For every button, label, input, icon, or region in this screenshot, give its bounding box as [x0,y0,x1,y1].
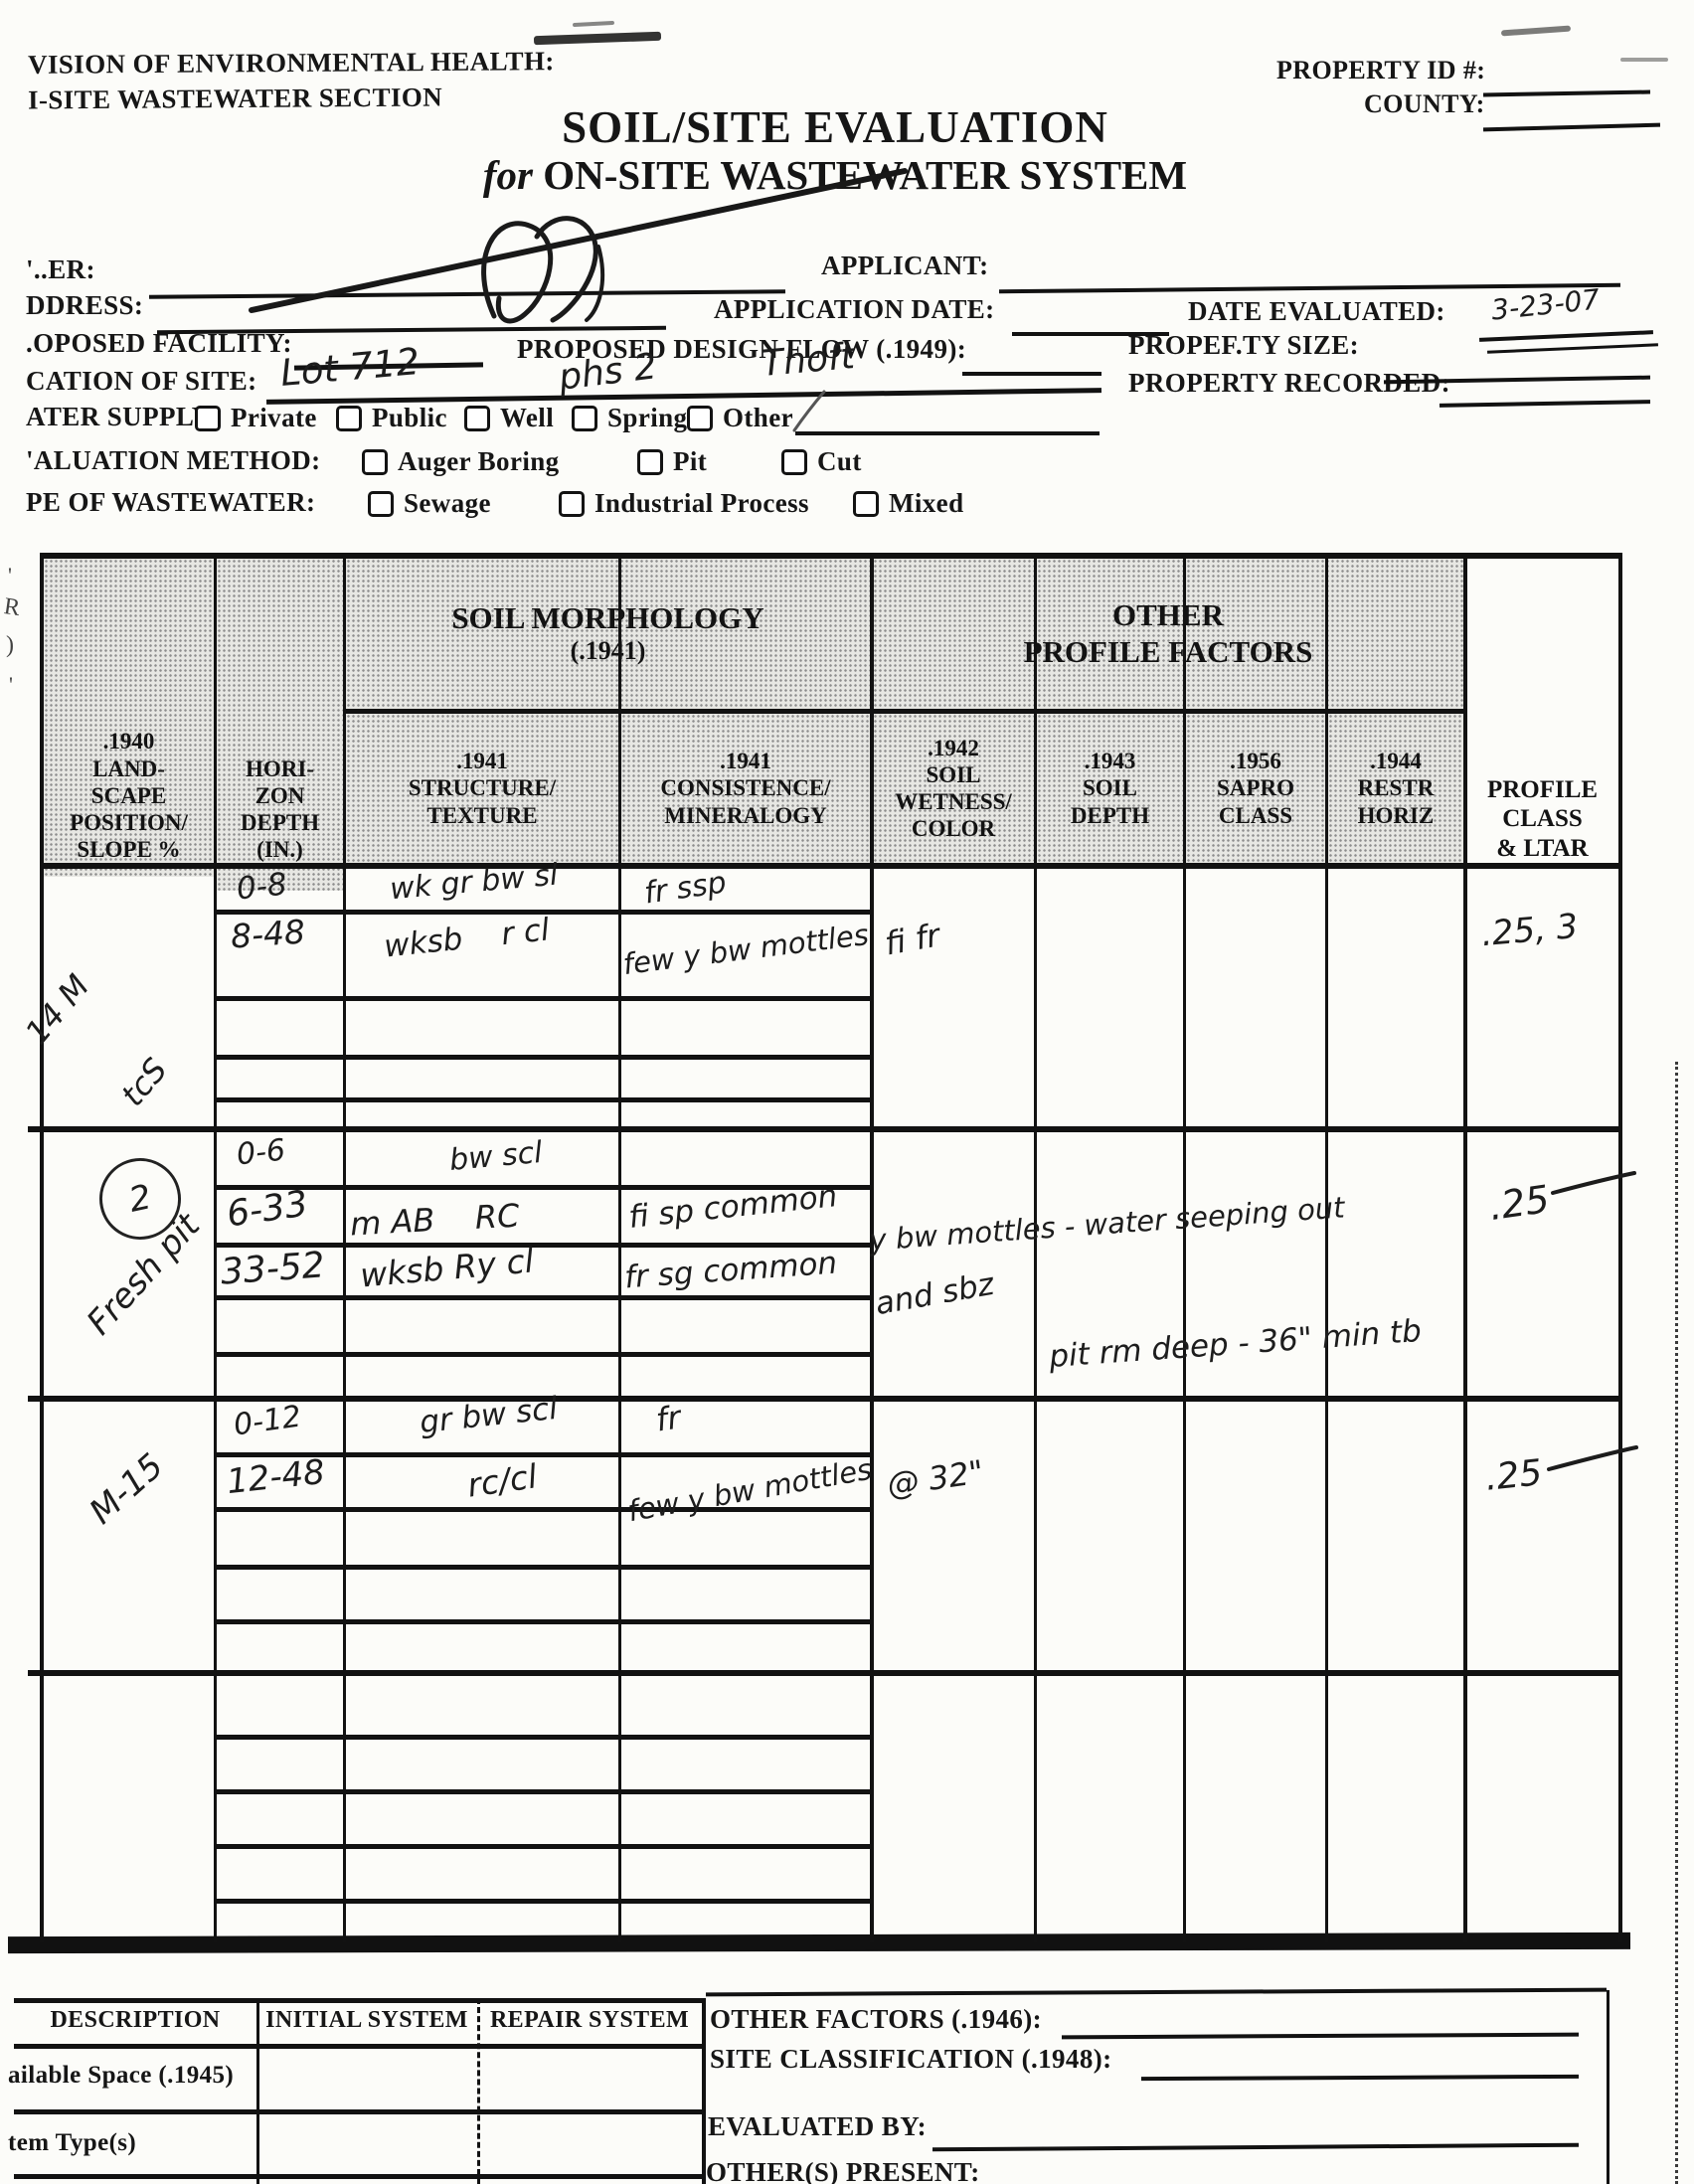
water-supply-label: ATER SUPPLY: [26,402,219,432]
header-line: RESTR [1358,774,1435,801]
checkbox-industrial-label: Industrial Process [594,488,809,519]
row-line [214,1565,873,1570]
margin-fragment: ' [8,563,12,588]
header-line: .1941 [456,748,508,774]
row-line [214,996,873,1001]
county-line[interactable] [1483,123,1660,132]
checkbox-private[interactable] [195,406,221,431]
table-border [1618,553,1622,1942]
hw-landscape-1: 14 M tcS [0,919,242,1173]
division-name: VISION OF ENVIRONMENTAL HEALTH: [28,46,555,81]
row-line [214,1055,873,1060]
checkbox-mixed[interactable] [853,491,879,517]
subtitle-text: ON-SITE WASTEWATER SYSTEM [543,152,1187,198]
row-line [214,1507,873,1512]
checkbox-private-label: Private [231,403,317,433]
table-border [40,553,1622,559]
application-date-label: APPLICATION DATE: [714,294,995,325]
checkbox-auger-boring-label: Auger Boring [398,446,560,477]
county-label: COUNTY: [1364,89,1485,119]
design-flow-line[interactable] [962,372,1101,376]
row-line [214,1097,873,1102]
checkbox-spring[interactable] [572,406,597,431]
checkbox-pit[interactable] [637,449,663,475]
checkbox-auger-boring[interactable] [362,449,388,475]
bottom-table-border [14,2174,704,2179]
row-line [214,1352,873,1357]
hw-structure: wksb Ry cl [359,1241,536,1294]
header-line: SOIL MORPHOLOGY [451,600,763,637]
checkbox-sewage-label: Sewage [404,488,491,519]
applicant-label: APPLICANT: [821,251,989,281]
property-id-label: PROPERTY ID #: [1276,56,1485,85]
header-line: .1940 [103,728,155,755]
scan-artifact [1620,58,1668,62]
margin-fragment: ' [9,672,13,698]
hw-depth: 0-6 [235,1133,286,1173]
handwriting-tail-stroke [1549,1447,1636,1469]
scan-artifact [573,21,614,27]
site-classification-label: SITE CLASSIFICATION (.1948): [710,2044,1112,2075]
header-line: STRUCTURE/ [409,774,556,801]
header-line: PROFILE [1487,775,1598,805]
checkbox-public[interactable] [336,406,362,431]
row-line [214,1735,873,1740]
system-types-label: tem Type(s) [8,2129,136,2157]
header-line: WETNESS/ [895,788,1012,815]
bottom-table-border [14,2044,704,2049]
header-line: CONSISTENCE/ [660,774,830,801]
hw-pit-note: pit rm deep - 36" min tb [1048,1313,1423,1375]
section-separator [28,1396,1622,1402]
hw-depth: 33-52 [220,1245,326,1292]
hw-structure: m AB RC [349,1197,520,1244]
header-line: .1943 [1085,748,1136,774]
row-line [214,1844,873,1849]
header-line: SAPRO [1217,774,1294,801]
header-line: DEPTH [1071,802,1149,829]
hw-depth: 8-48 [230,912,306,955]
bottom-table-border [702,1998,706,2184]
date-evaluated-line2 [1487,343,1658,353]
checkbox-sewage[interactable] [368,491,394,517]
header-line: SCAPE [91,782,166,809]
row-line [214,1789,873,1794]
owner-label: '..ER: [26,254,95,285]
hw-depth: 6-33 [225,1184,311,1236]
form-subtitle: for ON-SITE WASTEWATER SYSTEM [467,151,1203,199]
panel-border [706,1988,1607,1997]
checkbox-mixed-label: Mixed [889,488,964,519]
panel-border [1607,1990,1609,2184]
hw-depth: 0-8 [235,866,288,907]
header-line: CLASS [1502,804,1583,834]
table-border [1463,553,1467,1942]
scanned-soil-site-evaluation-form: ' R ) ' VISION OF ENVIRONMENTAL HEALTH: … [0,0,1694,2184]
section-separator [28,1670,1622,1676]
row-line [214,1619,873,1624]
bottom-header-repair-system: REPAIR SYSTEM [477,2007,702,2034]
hw-wetness-note: y bw mottles - water seeping out [868,1190,1345,1257]
subtitle-for: for [483,152,533,198]
checkbox-cut-label: Cut [817,446,862,477]
property-id-line[interactable] [1483,90,1650,97]
header-line: .1941 [720,748,771,774]
location-value-name: Thoft [760,336,856,385]
wastewater-type-label: PE OF WASTEWATER: [26,487,315,518]
date-evaluated-label: DATE EVALUATED: [1188,296,1445,327]
hw-consistence: few y bw mottles [621,918,871,981]
header-line: DEPTH [241,809,319,836]
header-horizon-depth: HORI- ZON DEPTH (IN.) [217,559,343,891]
table-border [1325,553,1328,1942]
hw-structure: rc/cl [465,1456,540,1504]
hw-consistence: fr ssp [642,865,729,911]
checkbox-spring-label: Spring [607,403,687,433]
header-line: POSITION/ [70,809,188,836]
table-bottom-band [8,1932,1630,1953]
hw-structure: bw scl [448,1135,544,1178]
header-line: (IN.) [256,836,303,863]
row-line [214,1295,873,1300]
evaluation-method-label: 'ALUATION METHOD: [26,445,321,476]
handwritten-scribble [587,247,602,320]
header-other-profile-factors: OTHER PROFILE FACTORS [873,559,1463,709]
hw-profile-ltar: .25 [1483,1452,1544,1499]
header-line: & LTAR [1496,834,1588,864]
owner-line[interactable] [149,289,785,299]
scan-artifact [534,32,661,45]
header-line: SLOPE % [77,836,180,863]
checkbox-public-label: Public [372,403,447,433]
other-factors-line[interactable] [1062,2033,1579,2040]
header-line: OTHER [1112,597,1224,634]
header-line: CLASS [1219,802,1292,829]
header-line: TEXTURE [426,802,537,829]
header-profile-class-ltar: PROFILE CLASS & LTAR [1466,559,1618,903]
checkbox-industrial[interactable] [559,491,585,517]
pencil-mark [794,392,824,430]
bottom-table-border-dashed [477,1998,480,2184]
header-soil-morphology: SOIL MORPHOLOGY (.1941) [346,559,870,709]
scan-artifact-dotted-margin [1675,1062,1678,2184]
header-line: .1944 [1370,748,1422,774]
bottom-header-initial-system: INITIAL SYSTEM [256,2007,477,2034]
header-line: .1942 [928,735,979,761]
checkbox-well[interactable] [464,406,490,431]
site-classification-line[interactable] [1141,2075,1579,2081]
hw-text: 2 [125,1177,154,1221]
header-line: (.1941) [571,636,646,667]
header-soil-depth: .1943 SOIL DEPTH [1037,714,1183,863]
header-line: MINERALOGY [664,802,827,829]
location-of-site-label: CATION OF SITE: [26,366,257,397]
location-value-lot: Lot 712 [278,340,421,395]
bottom-table-border [256,1998,259,2184]
hw-depth: 12-48 [225,1452,326,1502]
section-separator [28,1126,1622,1132]
header-restr-horiz: .1944 RESTR HORIZ [1328,714,1463,863]
hw-structure: wksb r cl [383,912,552,964]
handwritten-scribble [484,224,551,321]
table-border [40,553,44,1942]
section-name: I-SITE WASTEWATER SECTION [28,83,442,116]
checkbox-other-supply-label: Other [723,403,793,433]
application-date-line[interactable] [1012,332,1169,336]
header-line: SOIL [1083,774,1137,801]
header-line: SOIL [927,761,981,788]
evaluated-by-line[interactable] [932,2143,1579,2152]
bottom-table-border [14,2109,704,2114]
hw-wetness: fi fr [882,916,942,962]
header-line: .1956 [1230,748,1281,774]
header-line: ZON [255,782,305,809]
scan-artifact [1501,26,1571,37]
header-landscape-position: .1940 LAND- SCAPE POSITION/ SLOPE % [44,559,214,877]
table-border [343,709,1463,714]
hw-landscape-3: M-15 [83,1446,172,1533]
table-border [1034,553,1037,1942]
hw-text: tcS [104,1040,184,1124]
other-supply-line[interactable] [795,431,1100,435]
address-label: DDRESS: [26,290,143,321]
hw-consistence: fr [653,1398,682,1438]
hw-text: 14 M [18,967,97,1052]
header-structure-texture: .1941 STRUCTURE/ TEXTURE [346,714,618,863]
header-line: COLOR [912,815,995,842]
handwritten-scribble [537,219,595,320]
checkbox-well-label: Well [500,403,554,433]
header-sapro-class: .1956 SAPRO CLASS [1186,714,1325,863]
row-line [214,1899,873,1904]
checkbox-cut[interactable] [781,449,807,475]
others-present-label: OTHER(S) PRESENT: [706,2157,980,2184]
other-factors-label: OTHER FACTORS (.1946): [710,2004,1042,2035]
header-line: LAND- [92,756,165,782]
bottom-header-description: DESCRIPTION [14,2007,256,2034]
header-soil-wetness-color: .1942 SOIL WETNESS/ COLOR [873,714,1034,863]
header-consistence-mineralogy: .1941 CONSISTENCE/ MINERALOGY [621,714,870,863]
bottom-table-border [14,1998,704,2003]
hw-consistence: few y bw mottles [625,1452,875,1529]
checkbox-other-supply[interactable] [687,406,713,431]
header-line: HORIZ [1358,802,1435,829]
hw-depth: 0-12 [232,1399,303,1442]
date-evaluated-line[interactable] [1479,330,1653,342]
header-line: HORI- [246,756,314,782]
hw-wetness: @ 32" [885,1452,986,1503]
available-space-label: ailable Space (.1945) [8,2062,234,2090]
evaluated-by-label: EVALUATED BY: [708,2111,927,2142]
margin-fragment: R [2,593,22,622]
margin-fragment: ) [6,632,14,659]
table-border [1183,553,1186,1942]
date-evaluated-value: 3-23-07 [1490,282,1602,326]
hw-profile-ltar: .25 [1486,1177,1552,1229]
hw-profile-ltar: .25, 3 [1479,907,1579,954]
hw-wetness-note: and sbz [873,1266,997,1322]
checkbox-pit-label: Pit [673,446,707,477]
form-title: SOIL/SITE EVALUATION [497,101,1173,153]
hw-consistence: fr sg common [623,1246,838,1296]
header-line: PROFILE FACTORS [1024,634,1313,671]
property-recorded-line[interactable] [1440,400,1650,408]
